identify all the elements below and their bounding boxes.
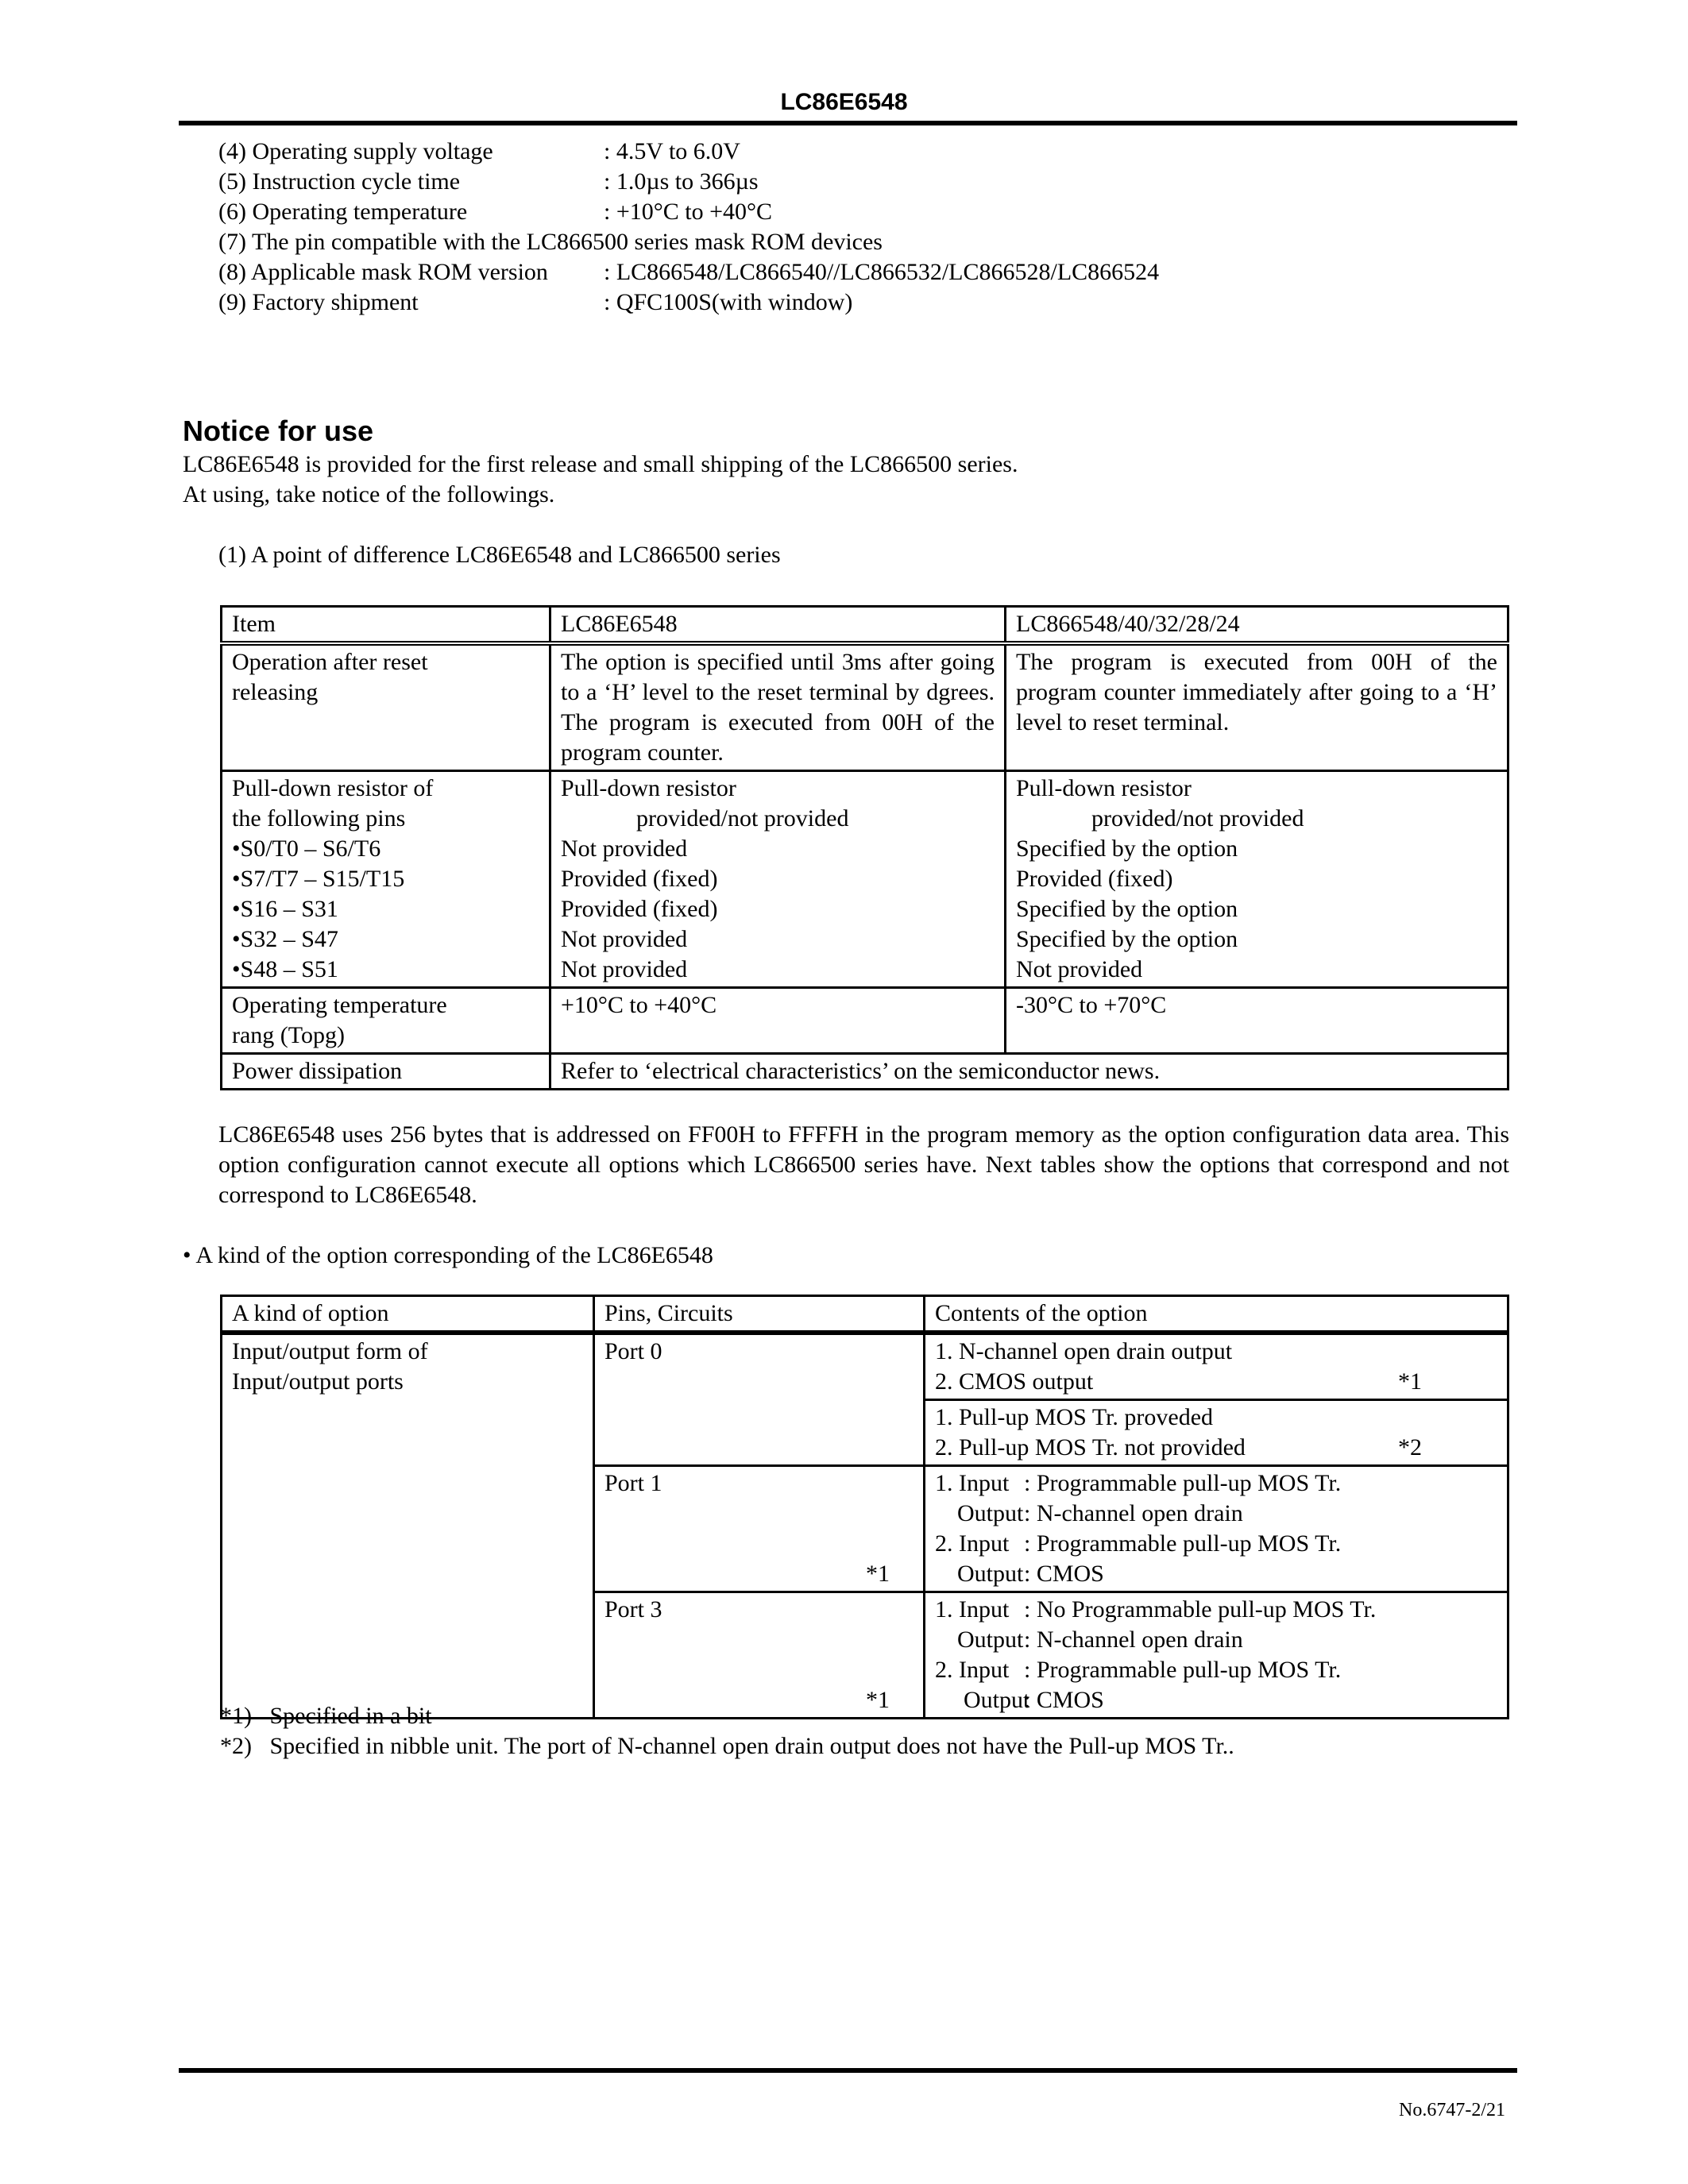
contents-cell: 1. Input: No Programmable pull-up MOS Tr… (925, 1592, 1508, 1719)
cell-line: Not provided (1016, 955, 1497, 985)
point-heading: (1) A point of difference LC86E6548 and … (218, 540, 781, 570)
document-header-title: LC86E6548 (0, 89, 1688, 116)
cell-line: Provided (fixed) (561, 894, 995, 924)
spec-label: (5) Instruction cycle time (218, 167, 604, 197)
table-row: Operation after resetreleasing The optio… (222, 643, 1508, 771)
cell-line: 2. Input: Programmable pull-up MOS Tr. (935, 1529, 1497, 1559)
footnote-mark: *1 (605, 1559, 914, 1589)
cell-line: Not provided (561, 955, 995, 985)
spec-line: (5) Instruction cycle time: 1.0µs to 366… (218, 167, 759, 197)
table-header-row: Item LC86E6548 LC866548/40/32/28/24 (222, 607, 1508, 644)
spec-label: (9) Factory shipment (218, 287, 604, 318)
cell-line: Output: N-channel open drain (935, 1625, 1497, 1655)
kind-cell: Input/output form ofInput/output ports (222, 1333, 594, 1719)
option-text: 2. CMOS output (935, 1367, 1093, 1397)
pin-cell: Port 0 (594, 1333, 925, 1466)
spec-line: (4) Operating supply voltage: 4.5V to 6.… (218, 137, 740, 167)
table-row: Input/output form ofInput/output ports P… (222, 1333, 1508, 1400)
cell-line: Provided (fixed) (561, 864, 995, 894)
io-value: : N-channel open drain (1024, 1499, 1243, 1529)
spec-label: (8) Applicable mask ROM version (218, 257, 604, 287)
table-row: Power dissipation Refer to ‘electrical c… (222, 1054, 1508, 1090)
cell-line: Operating temperature (232, 990, 539, 1021)
table-row: Pull-down resistor of the following pins… (222, 771, 1508, 988)
cell-line: Output: N-channel open drain (935, 1499, 1497, 1529)
io-key: Output (935, 1685, 1024, 1715)
cell-line: Specified by the option (1016, 834, 1497, 864)
io-key: Output (935, 1499, 1024, 1529)
cell-line: Not provided (561, 834, 995, 864)
io-value: : CMOS (1024, 1559, 1104, 1589)
value-cell: -30°C to +70°C (1006, 988, 1508, 1054)
cell-line: Provided (fixed) (1016, 864, 1497, 894)
cell-line: releasing (232, 677, 539, 708)
spec-label: (4) Operating supply voltage (218, 137, 604, 167)
table-header-row: A kind of option Pins, Circuits Contents… (222, 1296, 1508, 1333)
cell-line: Output: CMOS (935, 1559, 1497, 1589)
value-cell: The program is executed from 00H of the … (1006, 643, 1508, 771)
option-bullet: • A kind of the option corresponding of … (183, 1241, 713, 1271)
pin-cell: Port 1 *1 (594, 1466, 925, 1592)
notice-intro-line: LC86E6548 is provided for the first rele… (183, 450, 1018, 480)
cell-line: 2. Input: Programmable pull-up MOS Tr. (935, 1655, 1497, 1685)
column-header: A kind of option (222, 1296, 594, 1333)
cell-line: the following pins (232, 804, 539, 834)
header-rule (179, 121, 1517, 125)
spec-value: : QFC100S(with window) (604, 287, 852, 318)
cell-line: 1. N-channel open drain output (935, 1337, 1497, 1367)
pin-cell: Port 3 *1 (594, 1592, 925, 1719)
io-key: 2. Input (935, 1529, 1024, 1559)
spec-line: (6) Operating temperature: +10°C to +40°… (218, 197, 772, 227)
cell-line: 1. Pull-up MOS Tr. proveded (935, 1403, 1497, 1433)
io-key: 1. Input (935, 1595, 1024, 1625)
io-value: : Programmable pull-up MOS Tr. (1024, 1468, 1341, 1499)
column-header: LC866548/40/32/28/24 (1006, 607, 1508, 644)
page-number: No.6747-2/21 (1399, 2100, 1505, 2121)
spec-label: (6) Operating temperature (218, 197, 604, 227)
contents-cell: 1. Pull-up MOS Tr. proveded 2. Pull-up M… (925, 1400, 1508, 1466)
cell-line: Pull-down resistor (1016, 774, 1497, 804)
cell-line: 1. Input: No Programmable pull-up MOS Tr… (935, 1595, 1497, 1625)
item-cell: Operating temperaturerang (Topg) (222, 988, 550, 1054)
spec-line: (9) Factory shipment: QFC100S(with windo… (218, 287, 852, 318)
cell-line: Operation after reset (232, 647, 539, 677)
cell-line: Not provided (561, 924, 995, 955)
footnote: *2) Specified in nibble unit. The port o… (220, 1731, 1234, 1761)
spec-value: : 4.5V to 6.0V (604, 137, 740, 167)
spec-value: : +10°C to +40°C (604, 197, 772, 227)
spec-line: (7) The pin compatible with the LC866500… (218, 227, 883, 257)
item-cell: Operation after resetreleasing (222, 643, 550, 771)
io-key: 2. Input (935, 1655, 1024, 1685)
io-key: Output (935, 1625, 1024, 1655)
contents-cell: 1. N-channel open drain output 2. CMOS o… (925, 1333, 1508, 1400)
io-value: : Programmable pull-up MOS Tr. (1024, 1529, 1341, 1559)
cell-line: Pull-down resistor of (232, 774, 539, 804)
footer-rule (179, 2068, 1517, 2073)
io-key: 1. Input (935, 1468, 1024, 1499)
cell-line: 1. Input: Programmable pull-up MOS Tr. (935, 1468, 1497, 1499)
io-value: : Programmable pull-up MOS Tr. (1024, 1655, 1341, 1685)
footnote-mark: *2 (1398, 1433, 1497, 1463)
option-paragraph: LC86E6548 uses 256 bytes that is address… (218, 1120, 1509, 1210)
io-key: Output (935, 1559, 1024, 1589)
cell-line: Specified by the option (1016, 894, 1497, 924)
value-cell: Pull-down resistor provided/not provided… (1006, 771, 1508, 988)
difference-table: Item LC86E6548 LC866548/40/32/28/24 Oper… (220, 605, 1509, 1090)
cell-line: provided/not provided (561, 804, 995, 834)
cell-line: Output: CMOS (935, 1685, 1497, 1715)
column-header: Pins, Circuits (594, 1296, 925, 1333)
pin-label: •S48 – S51 (232, 955, 539, 985)
table-row: Operating temperaturerang (Topg) +10°C t… (222, 988, 1508, 1054)
pin-label: •S7/T7 – S15/T15 (232, 864, 539, 894)
pin-label: •S16 – S31 (232, 894, 539, 924)
option-text: 2. Pull-up MOS Tr. not provided (935, 1433, 1246, 1463)
value-cell: +10°C to +40°C (550, 988, 1006, 1054)
spec-value: : 1.0µs to 366µs (604, 167, 759, 197)
cell-line: Input/output ports (232, 1367, 583, 1397)
contents-cell: 1. Input: Programmable pull-up MOS Tr. O… (925, 1466, 1508, 1592)
pin-label: •S0/T0 – S6/T6 (232, 834, 539, 864)
option-table: A kind of option Pins, Circuits Contents… (220, 1295, 1509, 1719)
item-cell: Pull-down resistor of the following pins… (222, 771, 550, 988)
column-header: Item (222, 607, 550, 644)
column-header: LC86E6548 (550, 607, 1006, 644)
cell-line: 2. CMOS output*1 (935, 1367, 1497, 1397)
cell-line: Input/output form of (232, 1337, 583, 1367)
footnote-mark: *1 (1398, 1367, 1497, 1397)
spec-label: (7) The pin compatible with the LC866500… (218, 229, 883, 255)
footnote-mark: *1 (605, 1685, 914, 1715)
io-value: : N-channel open drain (1024, 1625, 1243, 1655)
footnote: *1) Specified in a bit (220, 1701, 432, 1731)
value-cell: Pull-down resistor provided/not provided… (550, 771, 1006, 988)
cell-line: 2. Pull-up MOS Tr. not provided*2 (935, 1433, 1497, 1463)
io-value: : CMOS (1024, 1685, 1104, 1715)
cell-line: provided/not provided (1016, 804, 1497, 834)
spec-value: : LC866548/LC866540//LC866532/LC866528/L… (604, 257, 1159, 287)
cell-line: Specified by the option (1016, 924, 1497, 955)
pin-label: Port 3 (605, 1595, 914, 1625)
value-cell: Refer to ‘electrical characteristics’ on… (550, 1054, 1508, 1090)
notice-intro-line: At using, take notice of the followings. (183, 480, 554, 510)
pin-label: •S32 – S47 (232, 924, 539, 955)
io-value: : No Programmable pull-up MOS Tr. (1024, 1595, 1376, 1625)
value-cell: The option is specified until 3ms after … (550, 643, 1006, 771)
section-title-notice: Notice for use (183, 415, 373, 448)
item-cell: Power dissipation (222, 1054, 550, 1090)
cell-line: Pull-down resistor (561, 774, 995, 804)
spec-line: (8) Applicable mask ROM version: LC86654… (218, 257, 1159, 287)
column-header: Contents of the option (925, 1296, 1508, 1333)
pin-label: Port 1 (605, 1468, 914, 1499)
cell-line: rang (Topg) (232, 1021, 539, 1051)
